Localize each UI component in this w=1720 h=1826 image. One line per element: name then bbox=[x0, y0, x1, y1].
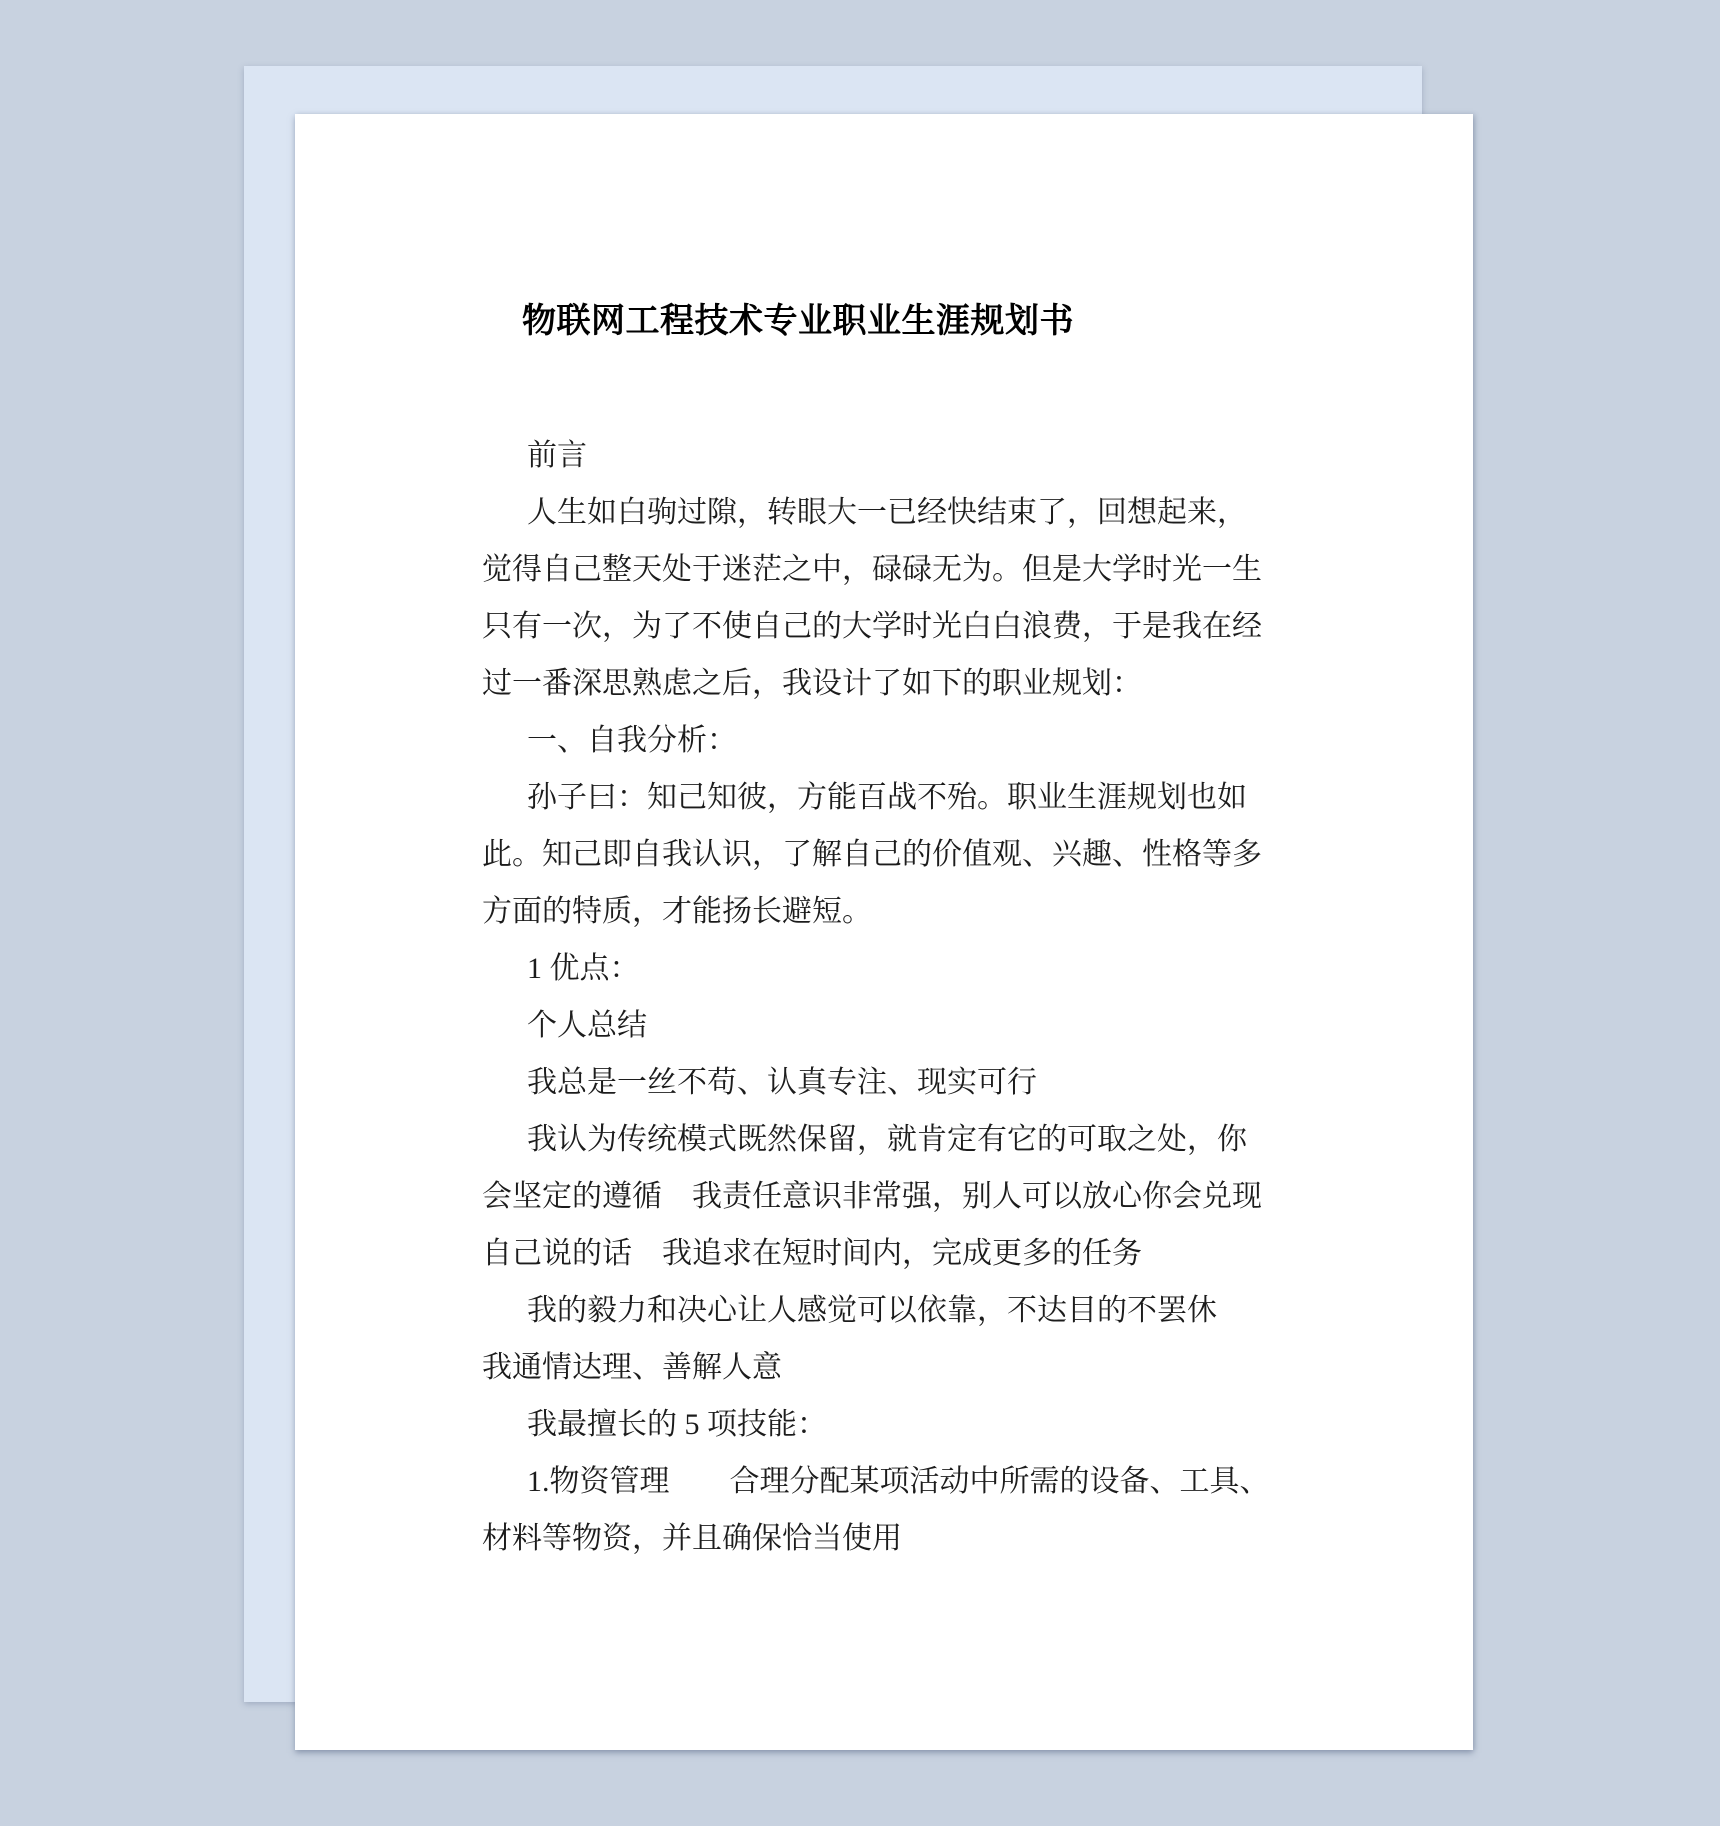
text-line: 我的毅力和决心让人感觉可以依靠，不达目的不罢休 bbox=[482, 1282, 1272, 1339]
text-line: 只有一次，为了不使自己的大学时光白白浪费，于是我在经 bbox=[482, 598, 1272, 655]
text-line: 前言 bbox=[482, 427, 1272, 484]
text-line: 方面的特质，才能扬长避短。 bbox=[482, 883, 1272, 940]
text-line: 我总是一丝不苟、认真专注、现实可行 bbox=[482, 1054, 1272, 1111]
text-line: 过一番深思熟虑之后，我设计了如下的职业规划： bbox=[482, 655, 1272, 712]
text-line: 我通情达理、善解人意 bbox=[482, 1339, 1272, 1396]
text-line: 孙子曰：知己知彼，方能百战不殆。职业生涯规划也如 bbox=[482, 769, 1272, 826]
document-body: 前言人生如白驹过隙，转眼大一已经快结束了，回想起来，觉得自己整天处于迷茫之中，碌… bbox=[482, 427, 1272, 1567]
document-page: 物联网工程技术专业职业生涯规划书 前言人生如白驹过隙，转眼大一已经快结束了，回想… bbox=[295, 114, 1473, 1750]
text-line: 一、自我分析： bbox=[482, 712, 1272, 769]
desktop-background: { "colors": { "desktop_background": "#c8… bbox=[0, 0, 1720, 1826]
text-line: 此。知己即自我认识，了解自己的价值观、兴趣、性格等多 bbox=[482, 826, 1272, 883]
text-line: 我最擅长的 5 项技能： bbox=[482, 1396, 1272, 1453]
text-line: 人生如白驹过隙，转眼大一已经快结束了，回想起来， bbox=[482, 484, 1272, 541]
text-line: 个人总结 bbox=[482, 997, 1272, 1054]
text-line: 1.物资管理 合理分配某项活动中所需的设备、工具、 bbox=[482, 1453, 1272, 1510]
text-line: 自己说的话 我追求在短时间内，完成更多的任务 bbox=[482, 1225, 1272, 1282]
text-line: 我认为传统模式既然保留，就肯定有它的可取之处，你 bbox=[482, 1111, 1272, 1168]
document-title: 物联网工程技术专业职业生涯规划书 bbox=[522, 296, 1074, 346]
text-line: 会坚定的遵循 我责任意识非常强，别人可以放心你会兑现 bbox=[482, 1168, 1272, 1225]
text-line: 觉得自己整天处于迷茫之中，碌碌无为。但是大学时光一生 bbox=[482, 541, 1272, 598]
text-line: 1 优点： bbox=[482, 940, 1272, 997]
text-line: 材料等物资，并且确保恰当使用 bbox=[482, 1510, 1272, 1567]
